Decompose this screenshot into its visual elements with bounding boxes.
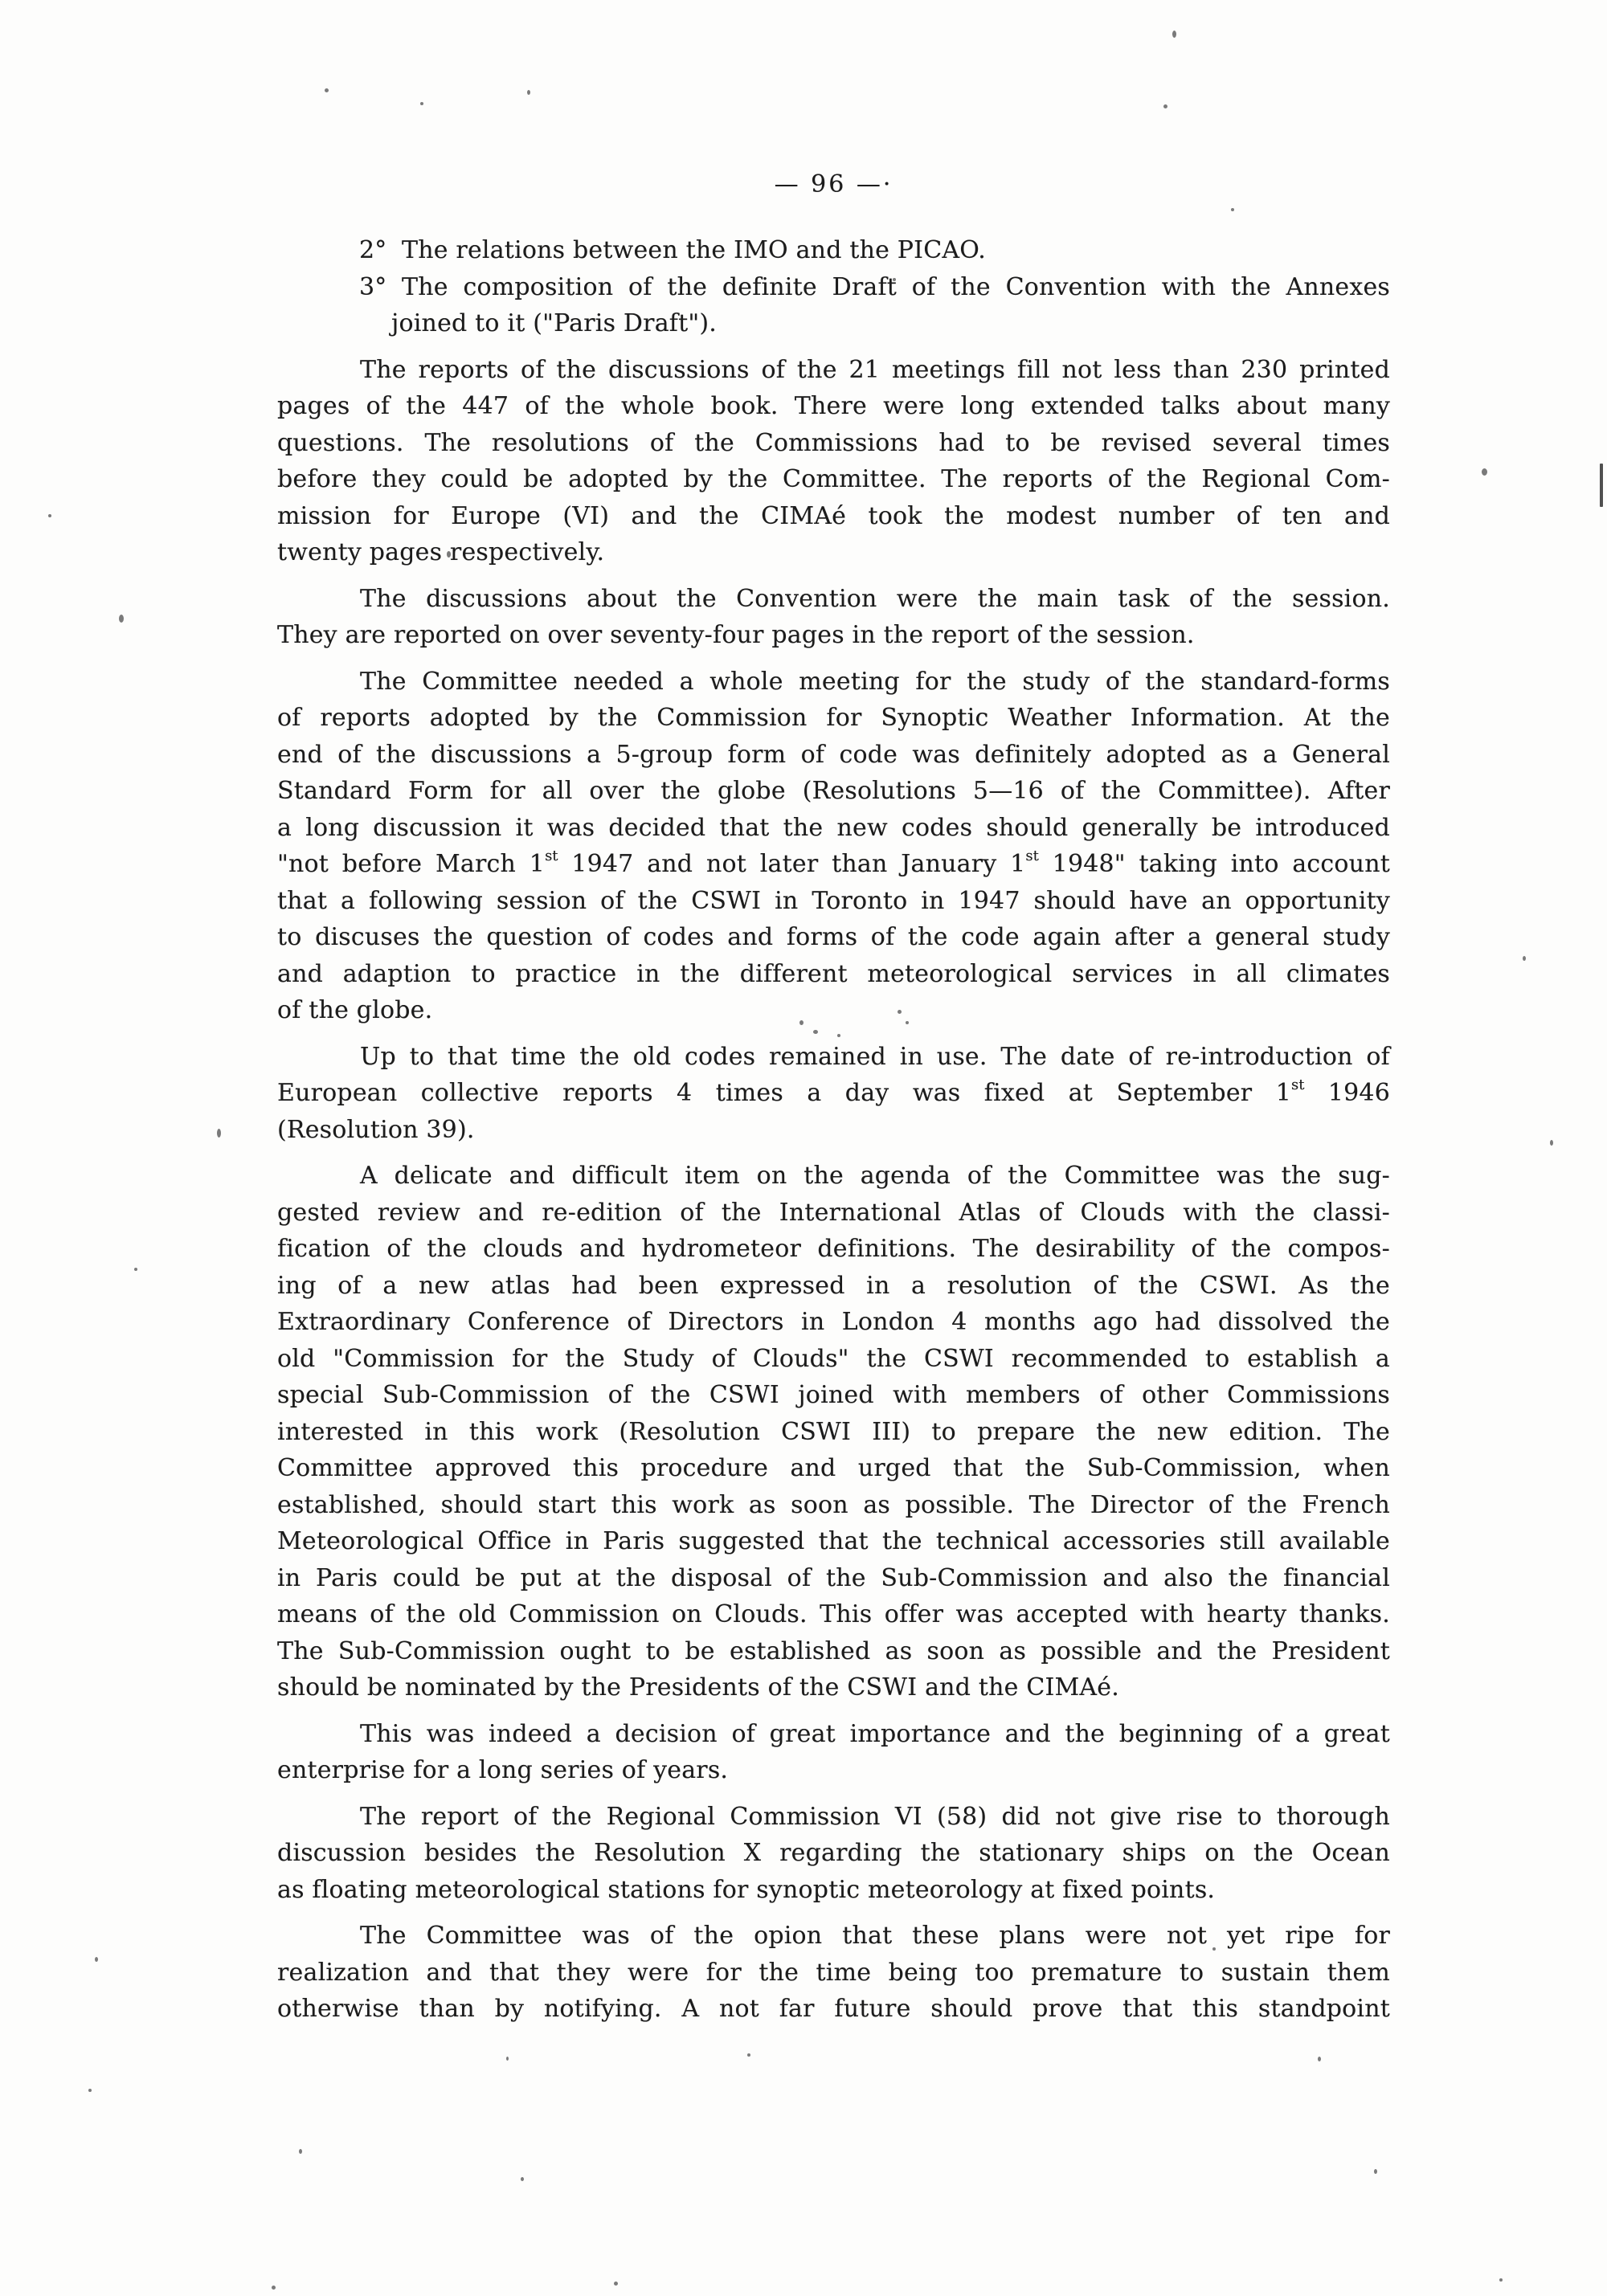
text-line: A delicate and difficult item on the age…	[277, 1158, 1390, 1195]
scan-speck	[272, 2286, 276, 2290]
superscript: st	[1291, 1077, 1304, 1093]
text-line: interested in this work (Resolution CSWI…	[277, 1414, 1390, 1451]
scan-line-artifact	[1600, 464, 1603, 507]
scan-speck	[48, 514, 51, 517]
list-item: 3°The composition of the definite Draft …	[359, 269, 1390, 342]
scan-speck	[813, 1030, 818, 1034]
scan-speck	[614, 2282, 618, 2286]
scan-speck	[893, 278, 896, 281]
paragraph: The discussions about the Convention wer…	[277, 581, 1390, 654]
scan-speck	[1212, 1947, 1216, 1951]
text-line: The Committee needed a whole meeting for…	[277, 664, 1390, 701]
text-line: They are reported on over seventy-four p…	[277, 617, 1390, 654]
text-line: fication of the clouds and hydrometeor d…	[277, 1231, 1390, 1268]
paragraph: The Committee was of the opion that thes…	[277, 1918, 1390, 2028]
text-line: of reports adopted by the Commission for…	[277, 700, 1390, 737]
scan-speck	[898, 1010, 902, 1014]
text-line: gested review and re-edition of the Inte…	[277, 1195, 1390, 1232]
text-line: 2°The relations between the IMO and the …	[359, 232, 1390, 269]
text-line: Up to that time the old codes remained i…	[277, 1039, 1390, 1076]
scan-speck	[1163, 104, 1167, 108]
text-line: Meteorological Office in Paris suggested…	[277, 1523, 1390, 1560]
text-line: "not before March 1st 1947 and not later…	[277, 846, 1390, 883]
scan-speck	[134, 1268, 137, 1271]
scan-speck	[119, 615, 124, 623]
text-line: to discuses the question of codes and fo…	[277, 919, 1390, 956]
text-line: special Sub-Commission of the CSWI joine…	[277, 1377, 1390, 1414]
scan-speck	[799, 1020, 803, 1025]
text-line: otherwise than by notifying. A not far f…	[277, 1991, 1390, 2028]
scan-speck	[447, 551, 451, 558]
text-line: before they could be adopted by the Comm…	[277, 461, 1390, 498]
scan-speck	[1318, 2057, 1321, 2061]
scan-speck	[1499, 2278, 1503, 2282]
paragraph: A delicate and difficult item on the age…	[277, 1158, 1390, 1706]
scan-speck	[217, 1129, 221, 1138]
text-line: mission for Europe (VI) and the CIMAé to…	[277, 498, 1390, 535]
text-line: Standard Form for all over the globe (Re…	[277, 773, 1390, 810]
scan-speck	[299, 2149, 302, 2154]
text-line: questions. The resolutions of the Commis…	[277, 425, 1390, 462]
scan-speck	[506, 2057, 509, 2061]
text-line: European collective reports 4 times a da…	[277, 1075, 1390, 1112]
text-line: discussion besides the Resolution X rega…	[277, 1835, 1390, 1872]
text-line: The reports of the discussions of the 21…	[277, 352, 1390, 389]
text-line: as floating meteorological stations for …	[277, 1872, 1390, 1909]
text-line: The Committee was of the opion that thes…	[277, 1918, 1390, 1955]
text-line: that a following session of the CSWI in …	[277, 883, 1390, 920]
scan-speck	[837, 1034, 840, 1037]
text-line: end of the discussions a 5-group form of…	[277, 737, 1390, 774]
text-line: The report of the Regional Commission VI…	[277, 1799, 1390, 1836]
scan-speck	[747, 2053, 750, 2057]
text-line: enterprise for a long series of years.	[277, 1752, 1390, 1789]
scan-speck	[1550, 1140, 1553, 1146]
page-number: — 96 —·	[277, 166, 1390, 203]
text-line: twenty pages respectively.	[277, 534, 1390, 571]
text-line: in Paris could be put at the disposal of…	[277, 1560, 1390, 1597]
text-line: Extraordinary Conference of Directors in…	[277, 1304, 1390, 1341]
text-line: a long discussion it was decided that th…	[277, 810, 1390, 847]
text-line: (Resolution 39).	[277, 1112, 1390, 1149]
scan-speck	[527, 90, 530, 95]
document-page: — 96 —· 2°The relations between the IMO …	[0, 0, 1607, 2296]
text-line: joined to it ("Paris Draft").	[359, 305, 1390, 342]
list-item-marker: 2°	[359, 232, 402, 269]
paragraph: The Committee needed a whole meeting for…	[277, 664, 1390, 1029]
superscript: st	[1025, 848, 1038, 864]
scan-speck	[325, 88, 329, 92]
superscript: st	[545, 848, 558, 864]
text-line: realization and that they were for the t…	[277, 1955, 1390, 1992]
list-item: 2°The relations between the IMO and the …	[359, 232, 1390, 269]
text-line: established, should start this work as s…	[277, 1487, 1390, 1524]
scan-speck	[1523, 956, 1526, 961]
scan-speck	[521, 2177, 524, 2181]
list-item-marker: 3°	[359, 269, 402, 306]
text-line: means of the old Commission on Clouds. T…	[277, 1596, 1390, 1633]
scan-speck	[88, 2089, 92, 2092]
text-line: Committee approved this procedure and ur…	[277, 1450, 1390, 1487]
text-line: and adaption to practice in the differen…	[277, 956, 1390, 993]
scan-speck	[1374, 2169, 1377, 2174]
paragraph: This was indeed a decision of great impo…	[277, 1716, 1390, 1789]
scan-speck	[420, 102, 423, 105]
paragraph: The report of the Regional Commission VI…	[277, 1799, 1390, 1909]
text-line: old "Commission for the Study of Clouds"…	[277, 1341, 1390, 1378]
scan-speck	[1172, 31, 1176, 38]
text-line: pages of the 447 of the whole book. Ther…	[277, 388, 1390, 425]
text-line: ing of a new atlas had been expressed in…	[277, 1268, 1390, 1305]
scan-speck	[95, 1957, 98, 1962]
text-line: This was indeed a decision of great impo…	[277, 1716, 1390, 1753]
scan-speck	[1231, 208, 1234, 211]
paragraph: The reports of the discussions of the 21…	[277, 352, 1390, 571]
text-line: The discussions about the Convention wer…	[277, 581, 1390, 618]
text-line: of the globe.	[277, 992, 1390, 1029]
text-column: 2°The relations between the IMO and the …	[277, 232, 1390, 2028]
text-line: 3°The composition of the definite Draft …	[359, 269, 1390, 306]
text-line: The Sub-Commission ought to be establish…	[277, 1633, 1390, 1670]
scan-speck	[1482, 468, 1487, 476]
paragraph: Up to that time the old codes remained i…	[277, 1039, 1390, 1149]
scan-speck	[906, 1021, 909, 1024]
text-line: should be nominated by the Presidents of…	[277, 1669, 1390, 1706]
